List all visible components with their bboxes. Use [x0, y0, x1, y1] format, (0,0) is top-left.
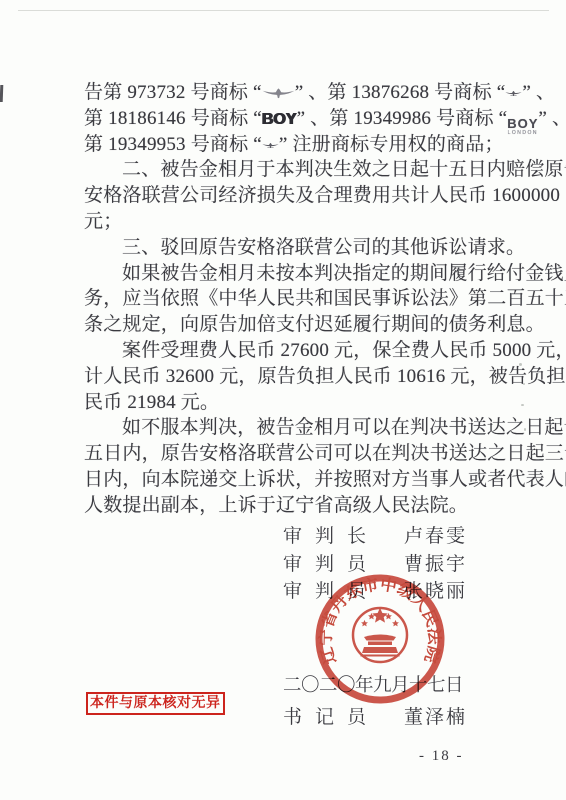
scan-speck	[521, 404, 524, 406]
eagle-trademark-small-icon	[262, 140, 279, 151]
body-line: 第 19349953 号商标 “” 注册商标专用权的商品；	[84, 132, 514, 158]
boy-london-wordmark: BOYLONDON	[507, 117, 538, 136]
body-line-text: 告第 973732 号商标 “	[84, 82, 262, 103]
judge-role: 审判长	[283, 521, 404, 548]
body-line-text: ” 、	[538, 108, 566, 129]
body-line: 安格洛联营公司经济损失及合理费用共计人民币 1600000	[84, 183, 514, 209]
body-line: 元；	[84, 209, 514, 235]
body-line-text: ” 、第 13876268 号商标 “	[295, 82, 506, 103]
body-line-text: 第 18186146 号商标 “	[84, 108, 262, 129]
scan-left-edge-mark	[0, 85, 3, 102]
clerk-name: 董泽楠	[404, 707, 467, 728]
body-line-text: 第 19349953 号商标 “	[84, 134, 262, 155]
body-line-text: 五日内，原告安格洛联营公司可以在判决书送达之日起三十	[84, 443, 566, 464]
body-line: 二、被告金相月于本判决生效之日起十五日内赔偿原告	[84, 157, 514, 183]
body-line: 告第 973732 号商标 “” 、第 13876268 号商标 “” 、	[84, 80, 514, 106]
body-line-text: 民币 21984 元。	[84, 392, 219, 413]
boy-wordmark: BOY	[262, 111, 297, 128]
body-line-text: 三、驳回原告安格洛联营公司的其他诉讼请求。	[122, 237, 525, 258]
body-line-text: 日内，向本院递交上诉状，并按照对方当事人或者代表人的	[84, 469, 566, 490]
body-line: 案件受理费人民币 27600 元，保全费人民币 5000 元，共	[84, 338, 514, 364]
body-line-text: 安格洛联营公司经济损失及合理费用共计人民币 1600000	[84, 185, 560, 206]
body-line-text: ” 、第 19349986 号商标 “	[297, 108, 508, 129]
national-emblem-icon	[353, 608, 407, 662]
body-line-text: 案件受理费人民币 27600 元，保全费人民币 5000 元，共	[122, 340, 566, 361]
judgment-page: 告第 973732 号商标 “” 、第 13876268 号商标 “” 、第 1…	[0, 0, 566, 800]
boy-london-bottom: LONDON	[508, 131, 538, 136]
body-line-text: ” 注册商标专用权的商品；	[279, 134, 504, 155]
body-line: 三、驳回原告安格洛联营公司的其他诉讼请求。	[84, 235, 514, 261]
boy-london-top: BOY	[507, 117, 538, 130]
body-line: 人数提出副本，上诉于辽宁省高级人民法院。	[84, 493, 514, 519]
body-line-text: 如果被告金相月未按本判决指定的期间履行给付金钱义	[122, 263, 566, 284]
page-number: - 18 -	[419, 748, 464, 765]
body-line: 计人民币 32600 元，原告负担人民币 10616 元，被告负担人	[84, 364, 514, 390]
body-line: 如果被告金相月未按本判决指定的期间履行给付金钱义	[84, 261, 514, 287]
eagle-trademark-small-icon	[505, 88, 522, 99]
judge-name: 卢春雯	[404, 526, 467, 547]
body-line-text: 如不服本判决，被告金相月可以在判决书送达之日起十	[122, 417, 566, 438]
verification-stamp: 本件与原本核对无异	[86, 692, 225, 715]
body-line: 日内，向本院递交上诉状，并按照对方当事人或者代表人的	[84, 467, 514, 493]
judgment-body-text: 告第 973732 号商标 “” 、第 13876268 号商标 “” 、第 1…	[84, 80, 514, 519]
body-line-text: 二、被告金相月于本判决生效之日起十五日内赔偿原告	[122, 159, 566, 180]
body-line: 五日内，原告安格洛联营公司可以在判决书送达之日起三十	[84, 441, 514, 467]
court-seal: 辽宁省丹东市中级人民法院	[312, 571, 448, 707]
judge-row: 审判长卢春雯	[283, 521, 467, 549]
body-line-text: 计人民币 32600 元，原告负担人民币 10616 元，被告负担人	[84, 366, 566, 387]
body-line: 民币 21984 元。	[84, 390, 514, 416]
eagle-trademark-icon	[262, 88, 295, 99]
body-line-text: ” 、	[522, 82, 555, 103]
scan-top-edge-line	[18, 10, 549, 11]
body-line-text: 务，应当依照《中华人民共和国民事诉讼法》第二百五十三	[84, 288, 566, 309]
body-line-text: 人数提出副本，上诉于辽宁省高级人民法院。	[84, 495, 468, 516]
body-line-text: 元；	[84, 211, 122, 232]
body-line: 务，应当依照《中华人民共和国民事诉讼法》第二百五十三	[84, 286, 514, 312]
body-line: 如不服本判决，被告金相月可以在判决书送达之日起十	[84, 415, 514, 441]
body-line-text: 条之规定，向原告加倍支付迟延履行期间的债务利息。	[84, 314, 545, 335]
body-line: 第 18186146 号商标 “BOY” 、第 19349986 号商标 “BO…	[84, 106, 514, 132]
body-line: 条之规定，向原告加倍支付迟延履行期间的债务利息。	[84, 312, 514, 338]
